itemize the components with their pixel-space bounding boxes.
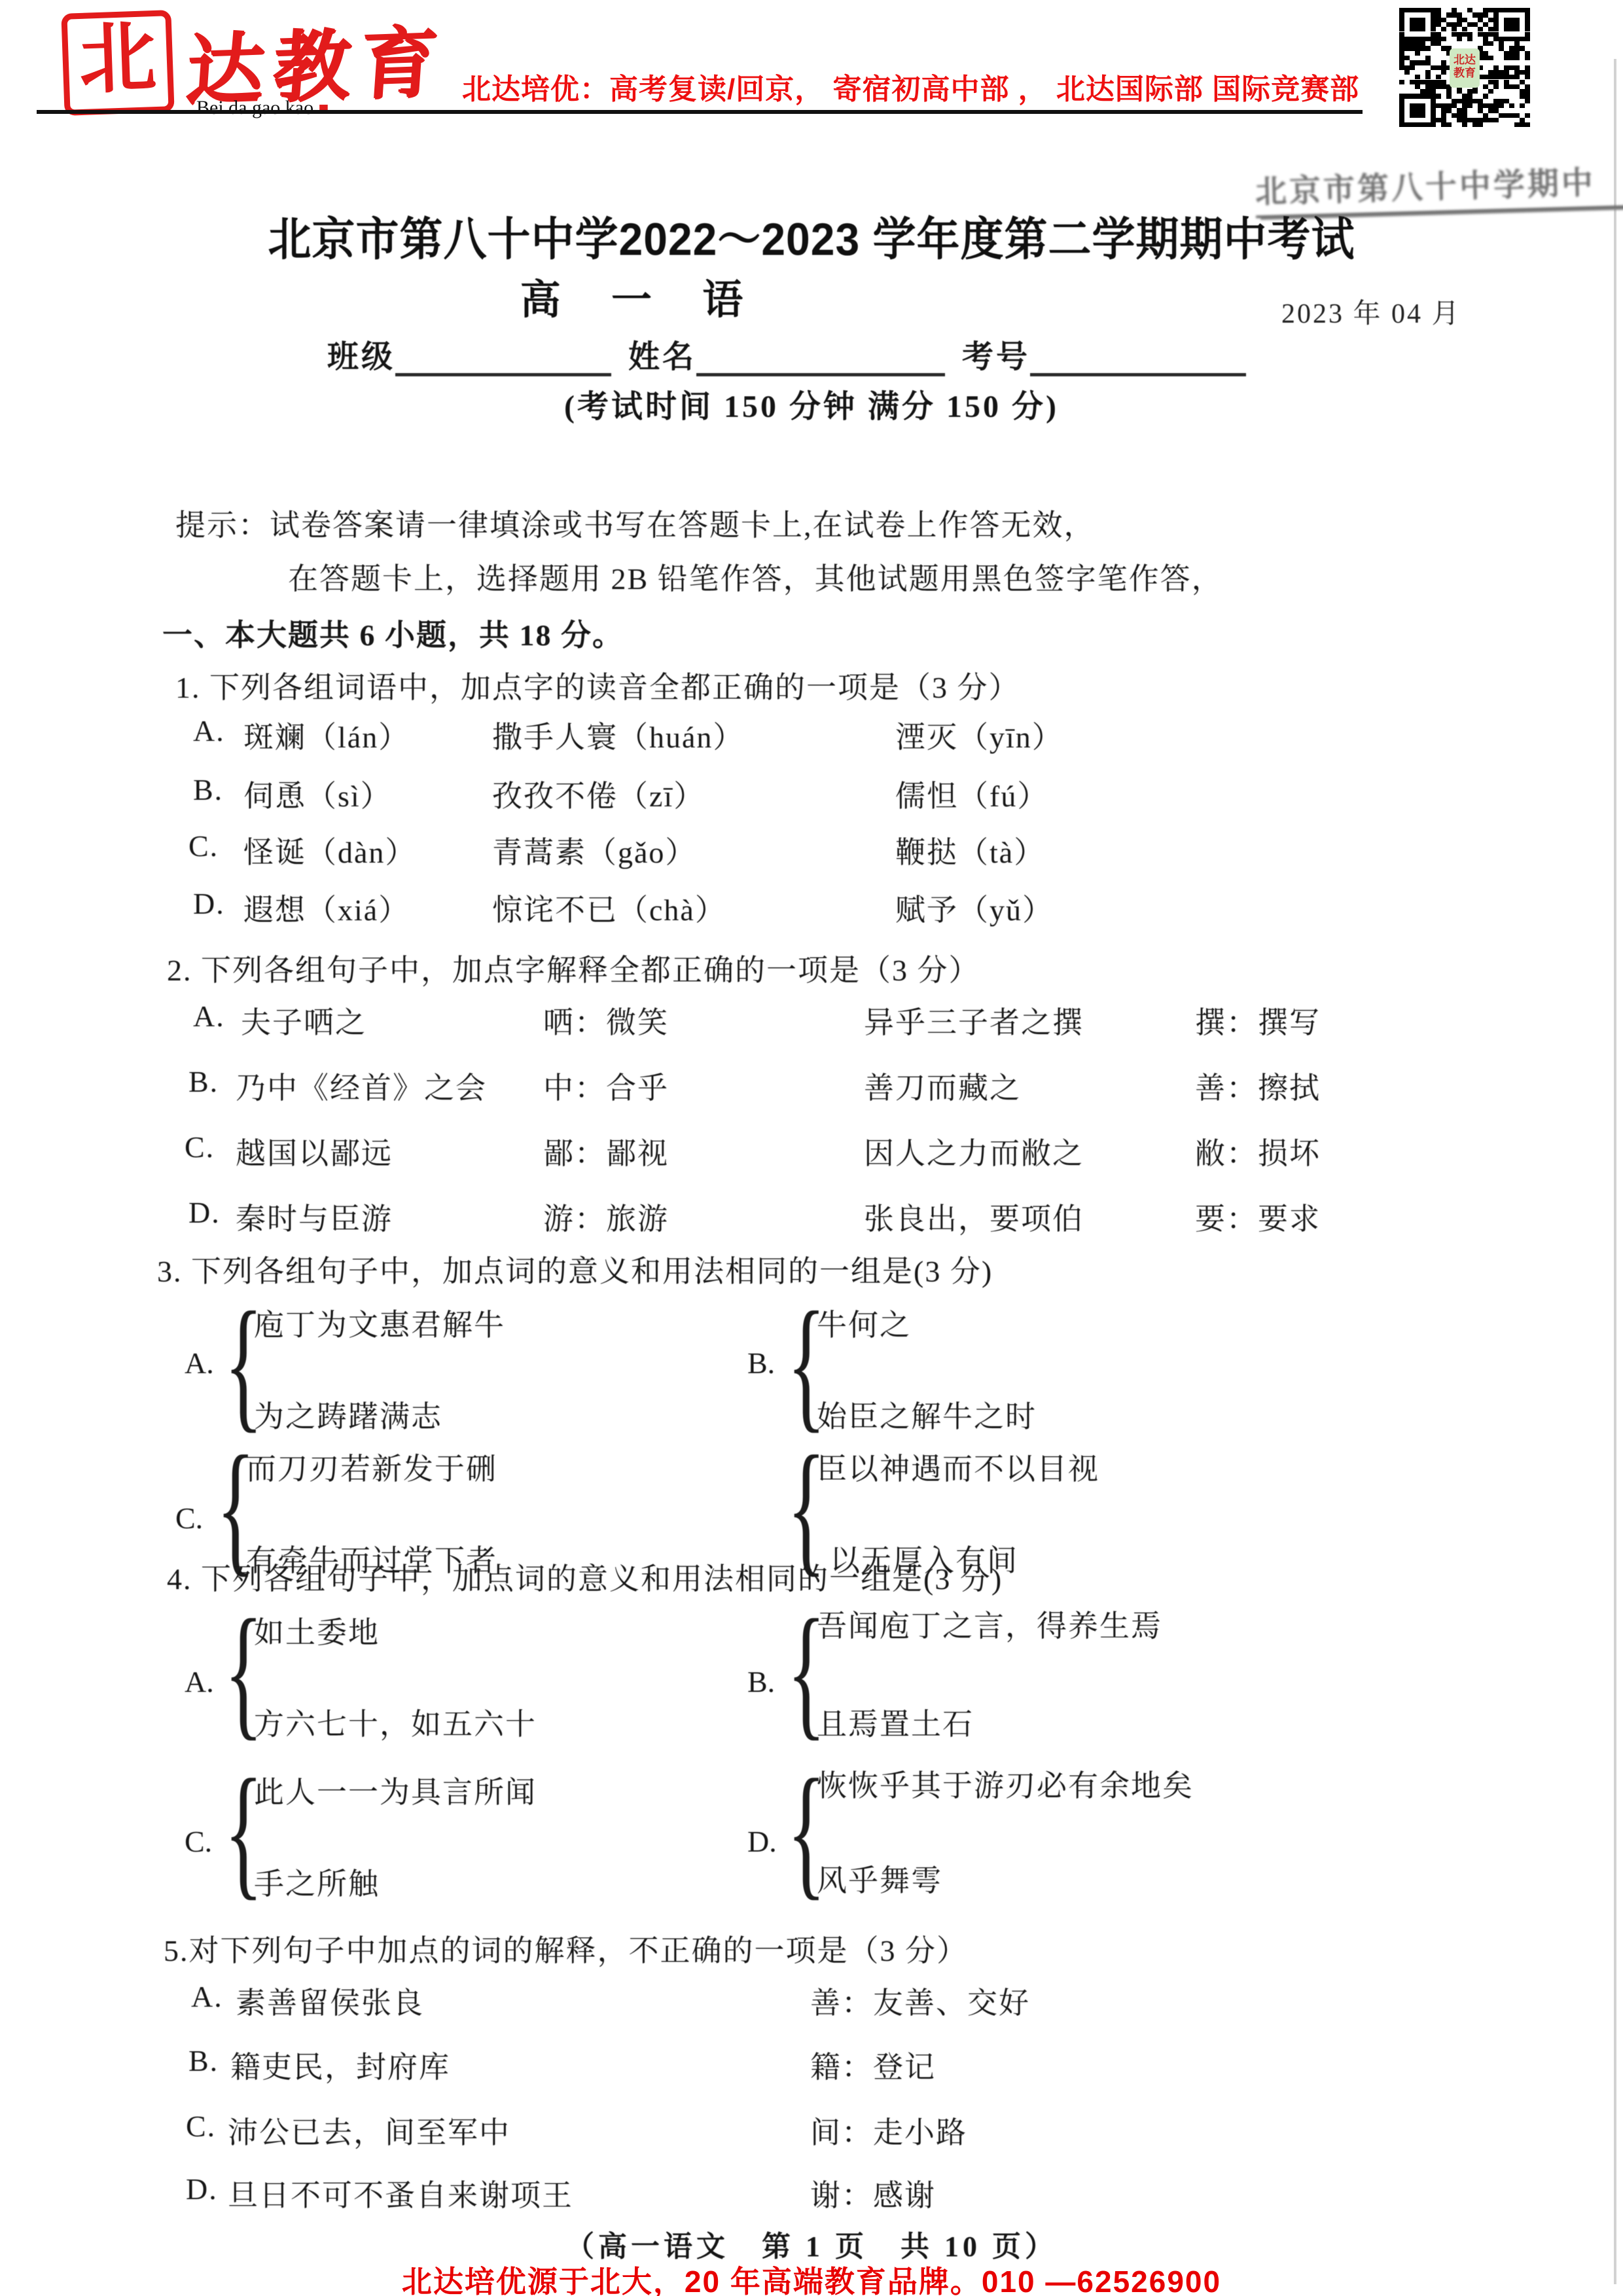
notice-line-1: 提示：试卷答案请一律填涂或书写在答题卡上,在试卷上作答无效， [175, 501, 1096, 545]
q3-c-line-1: 而刀刃若新发于硎 [246, 1445, 497, 1488]
q5-b-phrase: 籍吏民，封府库 [230, 2043, 450, 2087]
exam-subject: 高 一 语 [0, 267, 1283, 325]
q1-option-row: B. 伺恿（sì） 孜孜不倦（zī） 儒怛（fú） [0, 772, 1623, 812]
q1-a-item-1: 斑斓（lán） [243, 713, 410, 757]
q2-b-gloss-1: 中：合乎 [543, 1064, 669, 1107]
q3-c-label: C. [175, 1501, 203, 1535]
notice-line-2: 在答题卡上，选择题用 2B 铅笔作答，其他试题用黑色签字笔作答， [288, 555, 1223, 598]
q1-c-label: C. [188, 829, 219, 863]
q2-a-gloss-2: 撰：撰写 [1195, 999, 1321, 1042]
q2-option-row: C. 越国以鄙远 鄙：鄙视 因人之力而敝之 敝：损坏 [0, 1130, 1623, 1169]
q2-d-label: D. [188, 1195, 221, 1230]
q3-d-line-1: 臣以神遇而不以目视 [817, 1445, 1099, 1488]
q1-c-item-3: 鞭挞（tà） [895, 829, 1045, 872]
q4-d-label: D. [747, 1824, 777, 1859]
name-label: 姓名 [628, 340, 696, 374]
q1-a-label: A. [193, 713, 225, 748]
q1-option-row: C. 怪诞（dàn） 青蒿素（gǎo） 鞭挞（tà） [0, 829, 1623, 868]
q3-b-label: B. [747, 1346, 775, 1380]
q2-d-gloss-1: 游：旅游 [543, 1195, 669, 1238]
q2-b-phrase-1: 乃中《经首》之会 [236, 1064, 487, 1107]
student-info-line: 班级姓名考号 [327, 331, 1246, 376]
q1-d-item-3: 赋予（yǔ） [895, 886, 1054, 929]
q4-a-line-1: 如土委地 [254, 1609, 380, 1652]
q1-b-item-1: 伺恿（sì） [243, 772, 392, 816]
q2-b-gloss-2: 善：擦拭 [1195, 1064, 1321, 1107]
q2-d-gloss-2: 要：要求 [1195, 1195, 1321, 1238]
q2-c-gloss-1: 鄙：鄙视 [543, 1130, 669, 1173]
q5-option-row: D. 旦日不可不蚤自来谢项王 谢：感谢 [0, 2172, 1623, 2211]
q3-b-line-1: 牛何之 [817, 1301, 911, 1344]
name-blank [696, 339, 945, 376]
q5-option-row: A. 素善留侯张良 善：友善、交好 [0, 1979, 1623, 2018]
q3-a-label: A. [185, 1346, 214, 1380]
q1-a-item-3: 湮灭（yīn） [895, 713, 1063, 757]
brand-footer: 北达培优源于北大，20 年高端教育品牌。010 —62526900 [0, 2258, 1623, 2296]
q2-option-row: A. 夫子哂之 哂：微笑 异乎三子者之撰 撰：撰写 [0, 999, 1623, 1038]
id-blank [1030, 339, 1246, 376]
q3-a-line-1: 庖丁为文惠君解牛 [254, 1301, 505, 1344]
q5-stem: 5.对下列句子中加点的词的解释，不正确的一项是（3 分） [164, 1927, 968, 1970]
q4-a-label: A. [185, 1664, 214, 1699]
q1-d-item-1: 遐想（xiá） [243, 886, 410, 929]
exam-duration-info: (考试时间 150 分钟 满分 150 分) [0, 381, 1623, 426]
q2-a-phrase-2: 异乎三子者之撰 [864, 999, 1084, 1042]
q4-b-line-1: 吾闻庖丁之言，得养生焉 [817, 1602, 1162, 1645]
exam-title: 北京市第八十中学2022～2023 学年度第二学期期中考试 [0, 202, 1623, 268]
q4-d-line-2: 风乎舞雩 [817, 1857, 942, 1900]
q1-stem: 1. 下列各组词语中，加点字的读音全都正确的一项是（3 分） [175, 664, 1020, 707]
q2-d-phrase-2: 张良出，要项伯 [864, 1195, 1084, 1238]
q1-option-row: D. 遐想（xiá） 惊诧不已（chà） 赋予（yǔ） [0, 886, 1623, 925]
scanned-content: 北京市第八十中学期中 北京市第八十中学2022～2023 学年度第二学期期中考试… [0, 0, 1623, 2296]
q3-b-line-2: 始臣之解牛之时 [817, 1393, 1037, 1436]
q3-stem: 3. 下列各组句子中，加点词的意义和用法相同的一组是(3 分) [157, 1247, 993, 1291]
q4-c-line-1: 此人一一为具言所闻 [254, 1768, 537, 1812]
q5-c-gloss: 间：走小路 [810, 2109, 967, 2152]
qr-center-logo: 北达 教育 [1450, 48, 1480, 88]
class-blank [395, 339, 611, 376]
q1-c-item-1: 怪诞（dàn） [243, 829, 416, 872]
q5-a-phrase: 素善留侯张良 [236, 1979, 424, 2022]
q4-a-line-2: 方六七十，如五六十 [254, 1700, 537, 1744]
q1-b-item-2: 孜孜不倦（zī） [492, 772, 705, 816]
q5-a-label: A. [191, 1979, 223, 2014]
q1-b-item-3: 儒怛（fú） [895, 772, 1048, 816]
q1-a-item-2: 撒手人寰（huán） [492, 713, 744, 757]
q2-d-phrase-1: 秦时与臣游 [236, 1195, 393, 1238]
q4-group-row-2: C. { 此人一一为具言所闻 手之所触 D. { 恢恢乎其于游刃必有余地矣 风乎… [0, 1762, 1623, 1912]
q5-b-gloss: 籍：登记 [810, 2043, 936, 2087]
q1-c-item-2: 青蒿素（gǎo） [492, 829, 696, 872]
q2-option-row: D. 秦时与臣游 游：旅游 张良出，要项伯 要：要求 [0, 1195, 1623, 1234]
q5-option-row: C. 沛公已去，间至军中 间：走小路 [0, 2109, 1623, 2148]
q4-d-line-1: 恢恢乎其于游刃必有余地矣 [817, 1762, 1194, 1805]
q2-a-gloss-1: 哂：微笑 [543, 999, 669, 1042]
class-label: 班级 [327, 340, 395, 374]
q2-b-phrase-2: 善刀而藏之 [864, 1064, 1021, 1107]
q1-option-row: A. 斑斓（lán） 撒手人寰（huán） 湮灭（yīn） [0, 713, 1623, 753]
q4-b-line-2: 且焉置土石 [817, 1700, 974, 1744]
q5-option-row: B. 籍吏民，封府库 籍：登记 [0, 2043, 1623, 2083]
q4-stem: 4. 下列各组句子中，加点词的意义和用法相同的一组是(3 分) [167, 1555, 1003, 1598]
q1-d-label: D. [193, 886, 225, 921]
q1-d-item-2: 惊诧不已（chà） [492, 886, 726, 929]
q2-c-phrase-2: 因人之力而敝之 [864, 1130, 1084, 1173]
q5-d-gloss: 谢：感谢 [810, 2172, 936, 2215]
q4-c-label: C. [185, 1824, 212, 1859]
scanned-exam-page: 北 达教育 Bei da gao kao ■ 北达培优：高考复读/回京， 寄宿初… [0, 0, 1623, 2296]
q2-a-label: A. [193, 999, 225, 1033]
section-1-heading: 一、本大题共 6 小题，共 18 分。 [162, 611, 624, 655]
q1-b-label: B. [193, 772, 223, 807]
q2-c-gloss-2: 敝：损坏 [1195, 1130, 1321, 1173]
exam-date: 2023 年 04 月 [1281, 292, 1461, 331]
q2-b-label: B. [188, 1064, 219, 1099]
q2-c-phrase-1: 越国以鄙远 [236, 1130, 393, 1173]
q5-c-label: C. [186, 2109, 216, 2144]
q5-d-phrase: 旦日不可不蚤自来谢项王 [228, 2172, 573, 2215]
q4-c-line-2: 手之所触 [254, 1860, 380, 1903]
q3-a-line-2: 为之踌躇满志 [254, 1393, 442, 1436]
q2-stem: 2. 下列各组句子中，加点字解释全都正确的一项是（3 分） [167, 946, 980, 990]
q2-a-phrase-1: 夫子哂之 [241, 999, 366, 1042]
q5-a-gloss: 善：友善、交好 [810, 1979, 1030, 2022]
id-label: 考号 [962, 340, 1030, 374]
q4-group-row-1: A. { 如土委地 方六七十，如五六十 B. { 吾闻庖丁之言，得养生焉 且焉置… [0, 1602, 1623, 1753]
q2-c-label: C. [185, 1130, 215, 1164]
q5-b-label: B. [188, 2043, 219, 2078]
q3-group-row-1: A. { 庖丁为文惠君解牛 为之踌躇满志 B. { 牛何之 始臣之解牛之时 [0, 1295, 1623, 1445]
q5-d-label: D. [186, 2172, 218, 2206]
q2-option-row: B. 乃中《经首》之会 中：合乎 善刀而藏之 善：擦拭 [0, 1064, 1623, 1103]
q5-c-phrase: 沛公已去，间至军中 [228, 2109, 510, 2152]
q4-b-label: B. [747, 1664, 775, 1699]
